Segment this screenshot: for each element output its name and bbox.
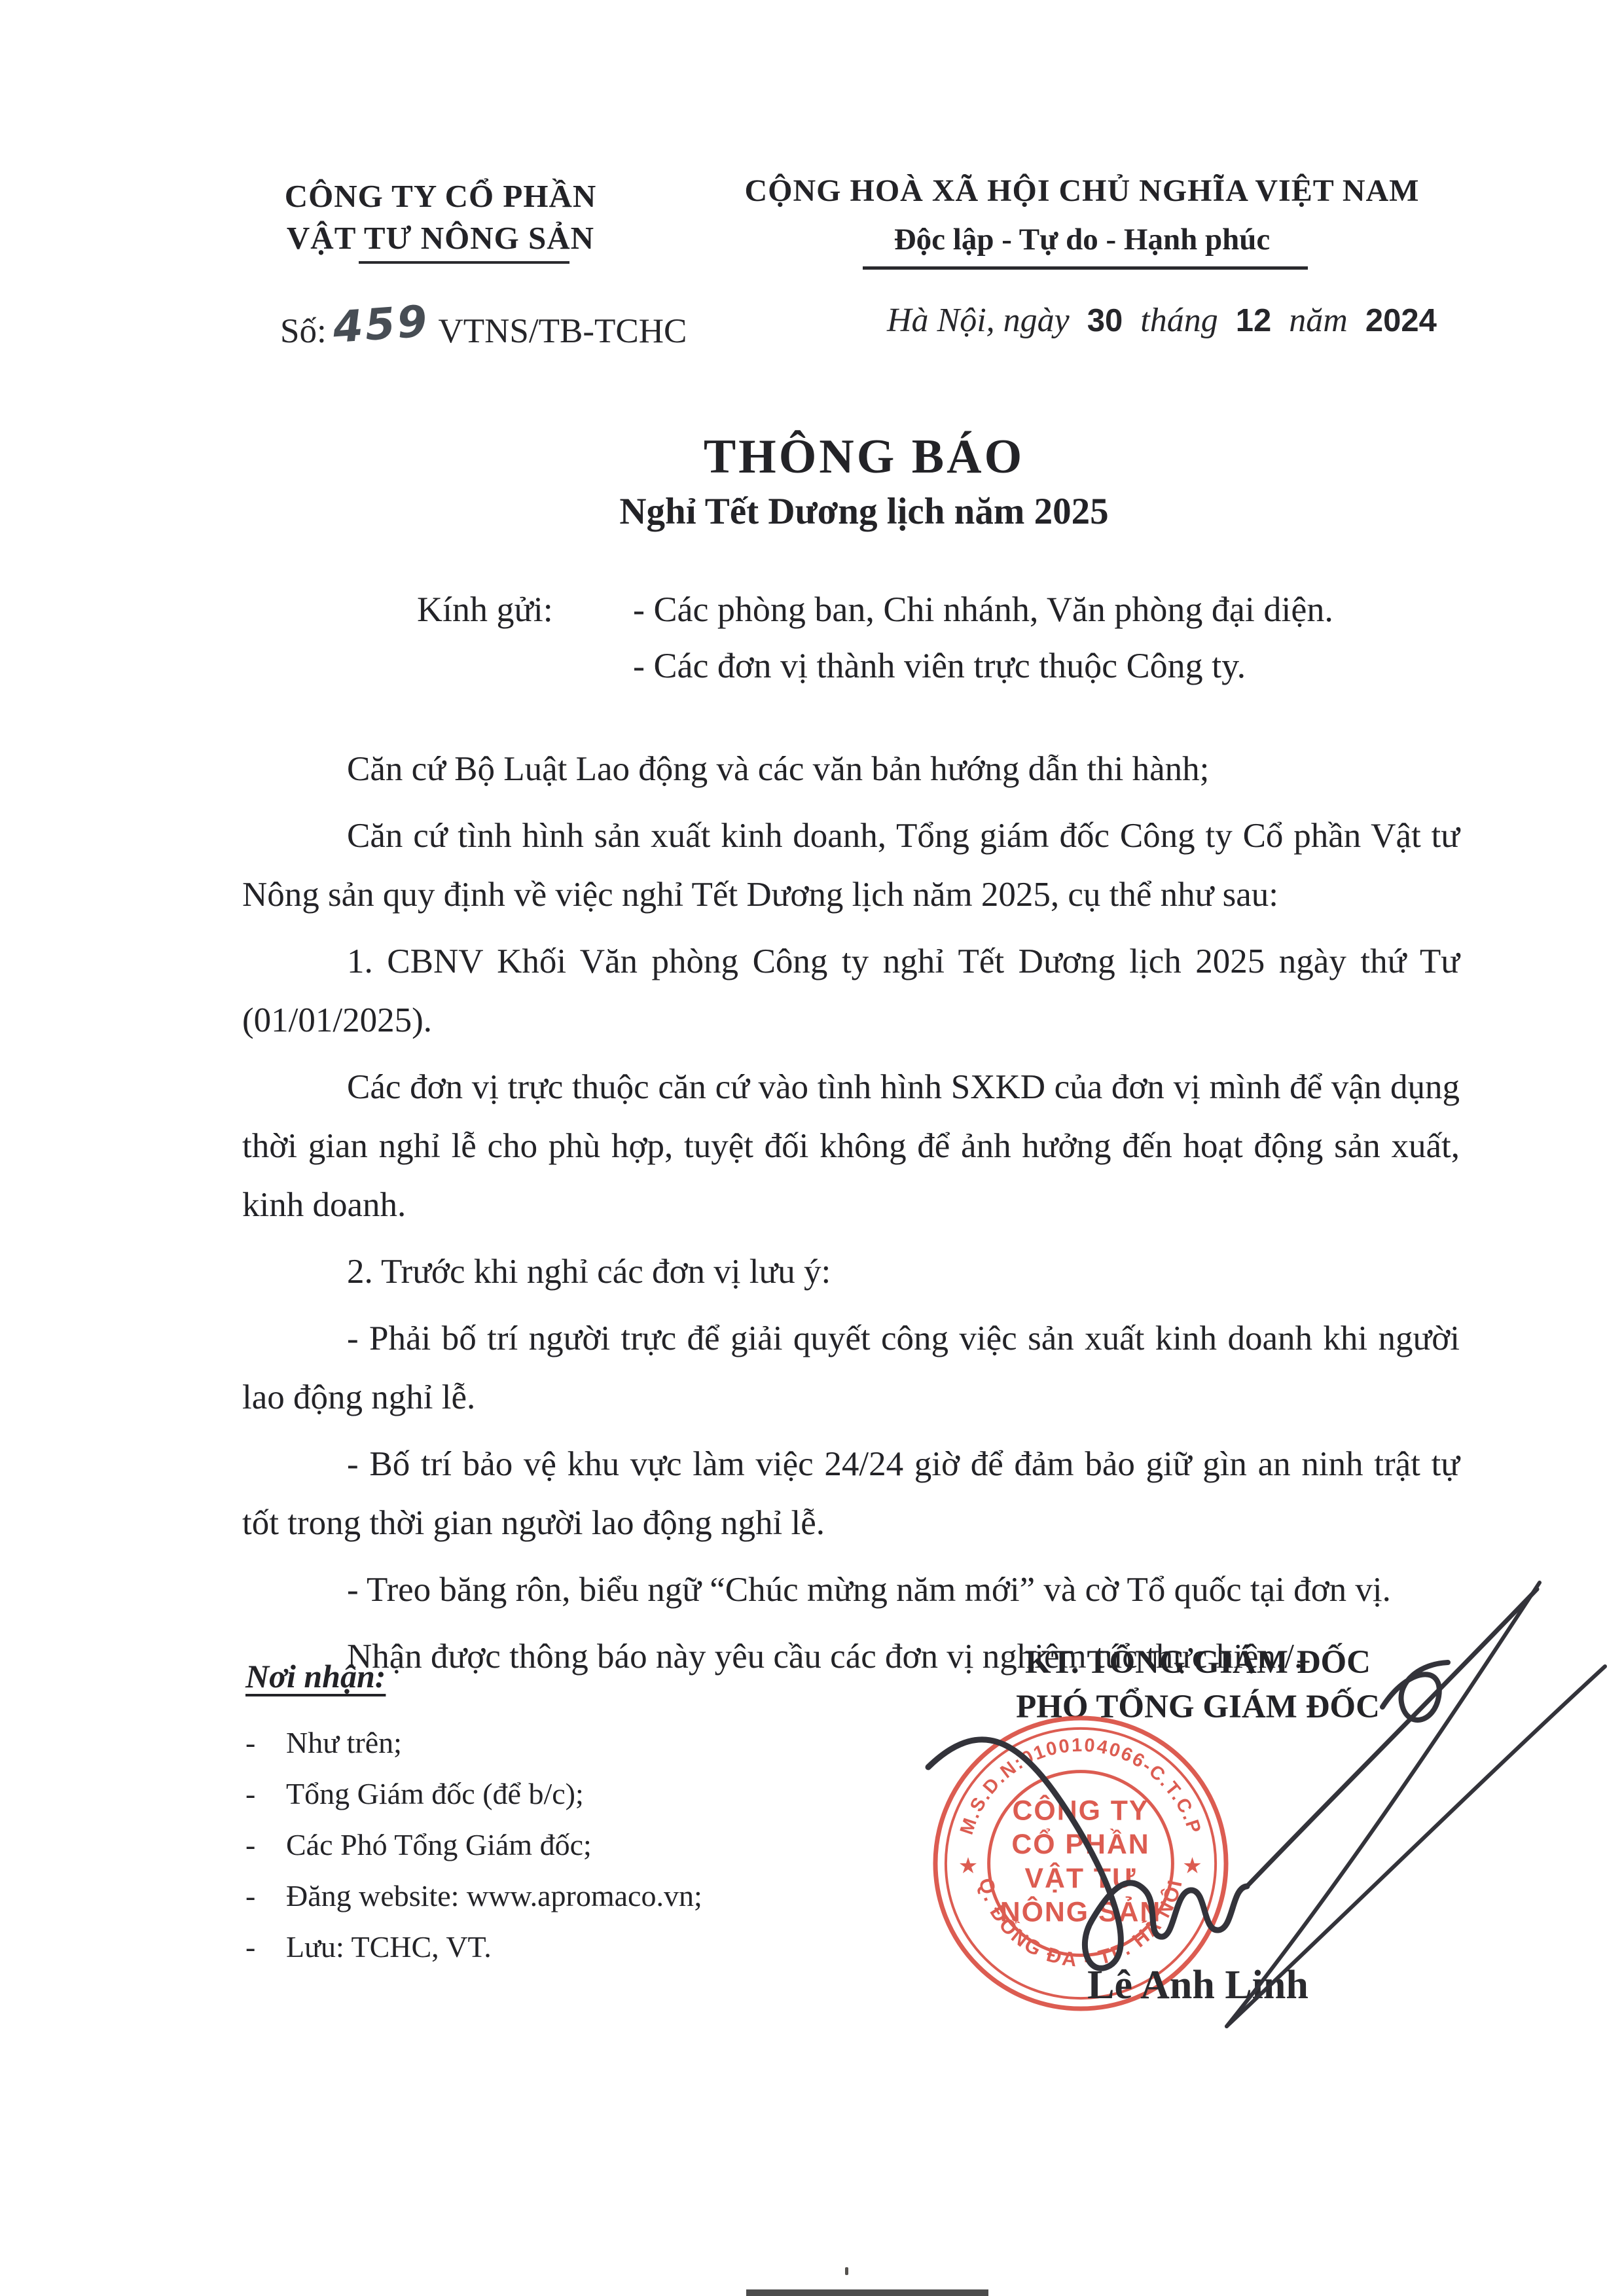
noi-nhan-item: - Như trên; [245, 1717, 702, 1768]
seal-center-line: NÔNG SẢN [1000, 1896, 1162, 1928]
place-date-line: Hà Nội, ngày 30 tháng 12 năm 2024 [887, 301, 1489, 340]
national-motto: Độc lập - Tự do - Hạnh phúc [712, 219, 1452, 260]
document-body: Căn cứ Bộ Luật Lao động và các văn bản h… [242, 740, 1460, 1694]
date-month: 12 [1236, 303, 1272, 338]
noi-nhan-item: - Đăng website: www.apromaco.vn; [245, 1871, 702, 1922]
noi-nhan-block: Nơi nhận: - Như trên; - Tổng Giám đốc (đ… [245, 1657, 702, 1973]
company-header-underline [359, 261, 569, 264]
body-paragraph: - Treo băng rôn, biểu ngữ “Chúc mừng năm… [242, 1560, 1460, 1619]
recipients-label: Kính gửi: [417, 581, 633, 637]
document-title-block: THÔNG BÁO Nghỉ Tết Dương lịch năm 2025 [262, 429, 1466, 534]
seal-star-left: ★ [958, 1854, 978, 1878]
body-paragraph: 2. Trước khi nghỉ các đơn vị lưu ý: [242, 1242, 1460, 1301]
document-subtitle: Nghỉ Tết Dương lịch năm 2025 [262, 490, 1466, 534]
noi-nhan-item-text: Lưu: TCHC, VT. [286, 1922, 492, 1973]
recipient-item: - Các phòng ban, Chi nhánh, Văn phòng đạ… [633, 581, 1333, 637]
national-motto-underline [863, 266, 1308, 270]
seal-center-line: VẬT TƯ [1024, 1862, 1136, 1894]
document-number-handwritten: 459 [331, 296, 431, 353]
document-number-label: Số: [280, 312, 327, 350]
body-paragraph: - Phải bố trí người trực để giải quyết c… [242, 1309, 1460, 1427]
document-number-suffix: VTNS/TB-TCHC [438, 312, 687, 350]
noi-nhan-item-text: Như trên; [286, 1717, 402, 1768]
date-year: 2024 [1365, 303, 1437, 338]
recipients-block: Kính gửi: - Các phòng ban, Chi nhánh, Vă… [417, 581, 1333, 694]
date-day: 30 [1087, 303, 1123, 338]
body-paragraph: 1. CBNV Khối Văn phòng Công ty nghỉ Tết … [242, 932, 1460, 1050]
noi-nhan-item: - Lưu: TCHC, VT. [245, 1922, 702, 1973]
noi-nhan-item-text: Đăng website: www.apromaco.vn; [286, 1871, 702, 1922]
list-dash: - [245, 1768, 286, 1820]
body-paragraph: Căn cứ tình hình sản xuất kinh doanh, Tổ… [242, 806, 1460, 924]
list-dash: - [245, 1871, 286, 1922]
document-title: THÔNG BÁO [262, 429, 1466, 484]
seal-center-line: CỔ PHẦN [1011, 1827, 1149, 1860]
list-dash: - [245, 1922, 286, 1973]
date-prefix: Hà Nội, ngày [887, 302, 1070, 339]
signature-title-line1: KT. TỔNG GIÁM ĐỐC [952, 1640, 1443, 1685]
national-title: CỘNG HOÀ XÃ HỘI CHỦ NGHĨA VIỆT NAM [712, 171, 1452, 211]
document-number-line: Số:459VTNS/TB-TCHC [280, 302, 687, 353]
noi-nhan-item-text: Các Phó Tổng Giám đốc; [286, 1820, 592, 1871]
noi-nhan-item: - Tổng Giám đốc (để b/c); [245, 1768, 702, 1820]
body-paragraph: Căn cứ Bộ Luật Lao động và các văn bản h… [242, 740, 1460, 798]
seal-star-right: ★ [1182, 1854, 1202, 1878]
seal-center-line: CÔNG TY [1013, 1794, 1149, 1826]
list-dash: - [245, 1820, 286, 1871]
noi-nhan-label: Nơi nhận: [245, 1657, 702, 1695]
noi-nhan-list: - Như trên; - Tổng Giám đốc (để b/c); - … [245, 1717, 702, 1973]
body-paragraph: Các đơn vị trực thuộc căn cứ vào tình hì… [242, 1058, 1460, 1234]
document-page: { "header": { "company_line1": "CÔNG TY … [0, 0, 1624, 2296]
signer-name: Lê Anh Linh [1067, 1962, 1329, 2009]
recipient-item: - Các đơn vị thành viên trực thuộc Công … [633, 637, 1333, 694]
recipients-list: - Các phòng ban, Chi nhánh, Văn phòng đạ… [633, 581, 1333, 694]
national-header: CỘNG HOÀ XÃ HỘI CHỦ NGHĨA VIỆT NAM Độc l… [712, 171, 1452, 260]
company-header: CÔNG TY CỔ PHẦN VẬT TƯ NÔNG SẢN [267, 175, 614, 259]
date-word-month: tháng [1140, 302, 1218, 339]
list-dash: - [245, 1717, 286, 1768]
noi-nhan-item: - Các Phó Tổng Giám đốc; [245, 1820, 702, 1871]
scan-speck [845, 2267, 848, 2275]
company-name-line2: VẬT TƯ NÔNG SẢN [267, 217, 614, 259]
scan-artifact-bar [746, 2289, 988, 2296]
body-paragraph: - Bố trí bảo vệ khu vực làm việc 24/24 g… [242, 1435, 1460, 1552]
date-word-year: năm [1289, 302, 1348, 339]
company-name-line1: CÔNG TY CỔ PHẦN [267, 175, 614, 217]
noi-nhan-item-text: Tổng Giám đốc (để b/c); [286, 1768, 584, 1820]
